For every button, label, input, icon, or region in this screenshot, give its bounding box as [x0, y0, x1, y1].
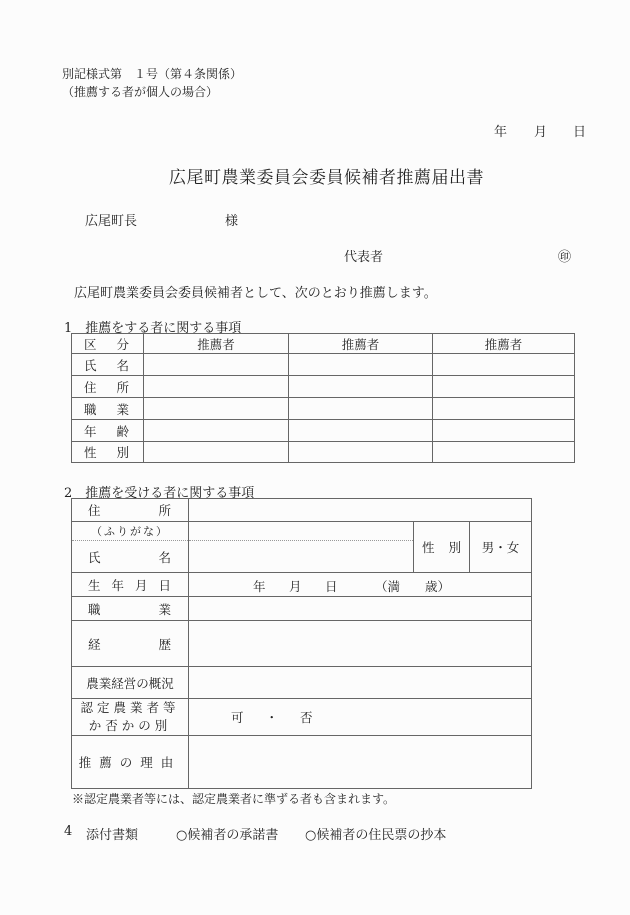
recommender-3-address-field[interactable] — [433, 376, 575, 398]
recommender-3-age-field[interactable] — [433, 420, 575, 442]
reason-row: 推薦の理由 — [72, 736, 532, 789]
recommender-col-2-header: 推薦者 — [289, 334, 433, 354]
row-label-age: 年齢 — [72, 420, 144, 442]
candidate-furigana-row: （ふりがな） 性別 男・女 — [72, 522, 532, 541]
category-header: 区分 — [72, 334, 144, 354]
recommender-1-address-field[interactable] — [144, 376, 289, 398]
certified-farmer-options[interactable]: 可 ・ 否 — [189, 699, 532, 736]
addressee-name: 広尾町長 — [85, 210, 137, 229]
option-yes[interactable]: 可 — [231, 708, 244, 726]
section4-number: 4 — [64, 824, 72, 839]
page-title: 広尾町農業委員会委員候補者推薦届出書 — [169, 163, 484, 188]
date-month-label: 月 — [534, 121, 547, 140]
reason-field[interactable] — [189, 736, 532, 789]
recommender-3-occupation-field[interactable] — [433, 398, 575, 420]
date-year-label: 年 — [494, 121, 507, 140]
recommender-3-name-field[interactable] — [433, 354, 575, 376]
table-row-address: 住所 — [72, 376, 575, 398]
candidate-birthdate-row: 生年月日 年 月 日 （満 歳） — [72, 573, 532, 597]
birthdate-label: 生年月日 — [72, 573, 189, 597]
candidate-furigana-field[interactable] — [189, 522, 414, 541]
table-row-occupation: 職業 — [72, 398, 575, 420]
occupation-label: 職業 — [72, 597, 189, 621]
address-label: 住所 — [72, 499, 189, 522]
career-label: 経歴 — [72, 621, 189, 667]
attachment-consent-letter: ○候補者の承諾書 — [176, 824, 278, 843]
certified-farmer-label: 認定農業者等 か否かの別 — [72, 699, 189, 736]
recommender-table: 区分 推薦者 推薦者 推薦者 氏名 住所 職業 年齢 性別 — [71, 333, 575, 463]
recommender-2-occupation-field[interactable] — [289, 398, 433, 420]
farm-overview-row: 農業経営の概況 — [72, 667, 532, 699]
recommender-2-name-field[interactable] — [289, 354, 433, 376]
table-row-gender: 性別 — [72, 442, 575, 463]
row-label-address: 住所 — [72, 376, 144, 398]
date-day-label: 日 — [573, 121, 586, 140]
table-header-row: 区分 推薦者 推薦者 推薦者 — [72, 334, 575, 354]
gender-options[interactable]: 男・女 — [470, 522, 532, 573]
form-number: 別記様式第 １号（第４条関係） — [62, 65, 242, 82]
candidate-name-field[interactable] — [189, 541, 414, 573]
name-label: 氏名 — [72, 541, 189, 573]
candidate-occupation-field[interactable] — [189, 597, 532, 621]
addressee-honorific: 様 — [225, 210, 238, 229]
recommender-1-occupation-field[interactable] — [144, 398, 289, 420]
candidate-occupation-row: 職業 — [72, 597, 532, 621]
option-no[interactable]: 否 — [300, 708, 313, 726]
recommender-1-name-field[interactable] — [144, 354, 289, 376]
candidate-address-row: 住所 — [72, 499, 532, 522]
recommender-2-address-field[interactable] — [289, 376, 433, 398]
reason-label: 推薦の理由 — [72, 736, 189, 789]
footnote: ※認定農業者等には、認定農業者に準ずる者も含まれます。 — [72, 790, 395, 807]
farm-overview-label: 農業経営の概況 — [72, 667, 189, 699]
representative-label: 代表者 — [344, 246, 383, 265]
candidate-career-row: 経歴 — [72, 621, 532, 667]
recommender-2-age-field[interactable] — [289, 420, 433, 442]
form-subtitle: （推薦する者が個人の場合） — [62, 83, 218, 100]
recommender-2-gender-field[interactable] — [289, 442, 433, 463]
recommender-1-age-field[interactable] — [144, 420, 289, 442]
certified-farmer-row: 認定農業者等 か否かの別 可 ・ 否 — [72, 699, 532, 736]
seal-icon: ㊞ — [558, 246, 571, 265]
attachment-resident-record: ○候補者の住民票の抄本 — [305, 824, 446, 843]
farm-overview-field[interactable] — [189, 667, 532, 699]
candidate-address-field[interactable] — [189, 499, 532, 522]
candidate-table: 住所 （ふりがな） 性別 男・女 氏名 生年月日 年 月 日 （満 歳） 職業 … — [71, 498, 532, 789]
recommender-col-3-header: 推薦者 — [433, 334, 575, 354]
option-separator: ・ — [266, 708, 279, 726]
candidate-birthdate-field[interactable]: 年 月 日 （満 歳） — [189, 573, 532, 597]
gender-label: 性別 — [414, 522, 470, 573]
row-label-occupation: 職業 — [72, 398, 144, 420]
candidate-career-field[interactable] — [189, 621, 532, 667]
recommender-col-1-header: 推薦者 — [144, 334, 289, 354]
table-row-age: 年齢 — [72, 420, 575, 442]
recommender-1-gender-field[interactable] — [144, 442, 289, 463]
table-row-name: 氏名 — [72, 354, 575, 376]
row-label-name: 氏名 — [72, 354, 144, 376]
section4-heading: 添付書類 — [86, 824, 138, 843]
recommender-3-gender-field[interactable] — [433, 442, 575, 463]
intro-text: 広尾町農業委員会委員候補者として、次のとおり推薦します。 — [74, 282, 437, 301]
row-label-gender: 性別 — [72, 442, 144, 463]
furigana-label: （ふりがな） — [72, 522, 189, 541]
